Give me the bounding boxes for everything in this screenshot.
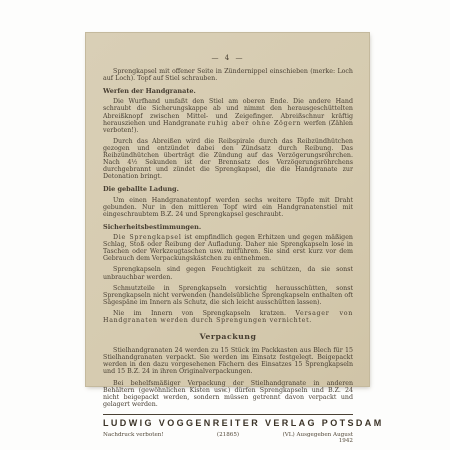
- imprint-divider: [103, 414, 353, 415]
- issue-date: (VL) Ausgegeben August 1942: [270, 432, 353, 444]
- paragraph-packkasten: Stielhandgranaten 24 werden zu 15 Stück …: [103, 347, 353, 375]
- paragraph-intro: Sprengkapsel mit offener Seite in Zünder…: [103, 68, 353, 82]
- paragraph-werfen: Die Wurfhand umfaßt den Stiel am oberen …: [103, 98, 353, 133]
- imprint-footer-row: Nachdruck verboten! (21865) (VL) Ausgege…: [103, 432, 353, 444]
- document-page: — 4 — Sprengkapsel mit offener Seite in …: [86, 33, 369, 386]
- paragraph-werfen-emphasis: ruhig aber ohne Zögern: [208, 120, 301, 127]
- paragraph-geballte-ladung: Um einen Handgranatentopf werden sechs w…: [103, 197, 353, 218]
- page-number: — 4 —: [103, 54, 353, 62]
- heading-sicherheitsbestimmungen: Sicherheitsbestimmungen.: [103, 224, 353, 231]
- copyright-notice: Nachdruck verboten!: [103, 432, 186, 438]
- imprint-block: LUDWIG VOGGENREITER VERLAG POTSDAM Nachd…: [103, 410, 353, 444]
- paragraph-behelfsverpackung: Bei behelfsmäßiger Verpackung der Stielh…: [103, 380, 353, 408]
- paragraph-sicherheit: Die Sprengkapsel ist empfindlich gegen E…: [103, 234, 353, 262]
- heading-verpackung: Verpackung: [103, 332, 353, 341]
- publisher-line: LUDWIG VOGGENREITER VERLAG POTSDAM: [103, 418, 353, 428]
- paragraph-abreissen: Durch das Abreißen wird die Reibspirale …: [103, 138, 353, 181]
- print-code: (21865): [186, 432, 269, 438]
- paragraph-versager: Nie im Innern von Sprengkapseln kratzen.…: [103, 310, 353, 324]
- heading-geballte-ladung: Die geballte Ladung.: [103, 186, 353, 193]
- paragraph-feuchtigkeit: Sprengkapseln sind gegen Feuchtigkeit zu…: [103, 266, 353, 280]
- heading-werfen-der-handgranate: Werfen der Handgranate.: [103, 88, 353, 95]
- paragraph-schmutzteile: Schmutzteile in Sprengkapseln vorsichtig…: [103, 285, 353, 306]
- paragraph-sicherheit-emphasis: Die Sprengkapsel: [113, 234, 182, 241]
- scan-background: — 4 — Sprengkapsel mit offener Seite in …: [0, 0, 450, 450]
- paragraph-versager-text: Nie im Innern von Sprengkapseln kratzen.: [113, 310, 295, 317]
